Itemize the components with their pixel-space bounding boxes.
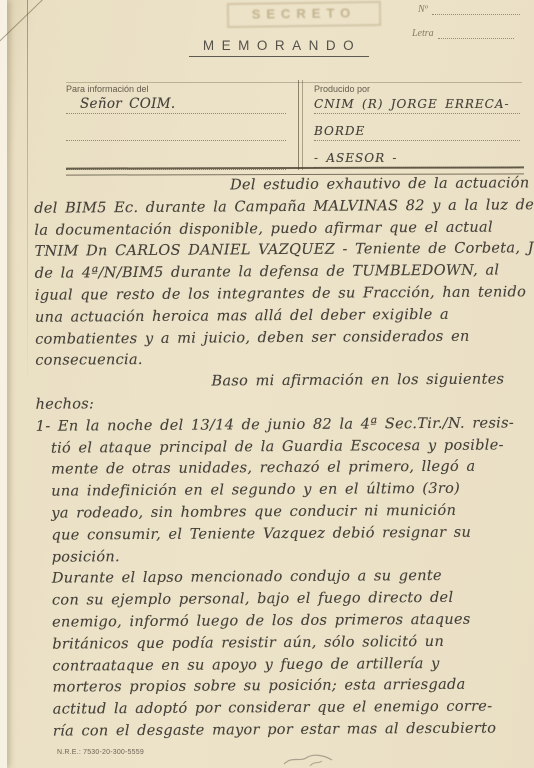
handwritten-line: que consumir, el Teniente Vazquez debió …	[36, 522, 530, 547]
produced-by-row: BORDE	[314, 122, 520, 141]
for-information-label: Para información del	[66, 84, 286, 94]
author-handwritten-line: - ASESOR -	[314, 151, 397, 165]
scan-left-edge	[0, 0, 7, 768]
empty-dotted-row	[66, 122, 286, 141]
cut-off-handwriting-mark	[282, 752, 334, 768]
produced-by-column: Producido por CNIM (R) JORGE ERRECA- BOR…	[314, 84, 520, 176]
stock-number-text: N.R.E.: 7530-20-300-5559	[57, 749, 144, 756]
produced-by-row: - ASESOR -	[314, 149, 520, 168]
handwritten-line: enemigo, informó luego de los dos primer…	[37, 609, 531, 634]
handwritten-line: 1- En la noche del 13/14 de junio 82 la …	[36, 413, 530, 438]
handwritten-line: del BIM5 Ec. durante la Campaña MALVINAS…	[34, 195, 528, 220]
handwritten-line: igual que resto de los integrantes de su…	[35, 282, 529, 307]
number-label: Nº	[418, 4, 428, 15]
number-field: Nº	[418, 3, 520, 15]
author-handwritten-line: CNIM (R) JORGE ERRECA-	[314, 97, 510, 111]
document-title: MEMORANDO	[0, 37, 534, 57]
produced-by-label: Producido por	[314, 84, 520, 94]
vertical-crease	[27, 0, 28, 390]
memo-document-page: SECRETO Nº Letra MEMORANDO Para informac…	[0, 0, 534, 768]
for-information-value-row: Señor COIM.	[66, 95, 286, 114]
form-top-rule	[66, 82, 522, 83]
handwritten-line: combatientes y a mi juicio, deben ser co…	[35, 326, 529, 351]
handwritten-line: Del estudio exhautivo de la actuación	[34, 173, 528, 198]
addressee-handwritten: Señor COIM.	[66, 96, 175, 112]
for-information-column: Para información del Señor COIM.	[66, 84, 286, 178]
handwritten-line: ría con el desgaste mayor por estar mas …	[38, 718, 532, 743]
handwritten-line: Baso mi afirmación en los siguientes	[35, 369, 529, 394]
handwritten-body: Del estudio exhautivo de la actuación de…	[34, 173, 532, 743]
number-dotted-line	[432, 3, 520, 15]
author-handwritten-line: BORDE	[314, 124, 365, 138]
form-column-divider	[298, 80, 303, 170]
secret-stamp: SECRETO	[227, 1, 381, 28]
produced-by-row: CNIM (R) JORGE ERRECA-	[314, 95, 520, 114]
handwritten-line: una indefinición en el segundo y en el ú…	[36, 478, 530, 503]
memo-header-form: Para información del Señor COIM. Produci…	[66, 84, 522, 168]
